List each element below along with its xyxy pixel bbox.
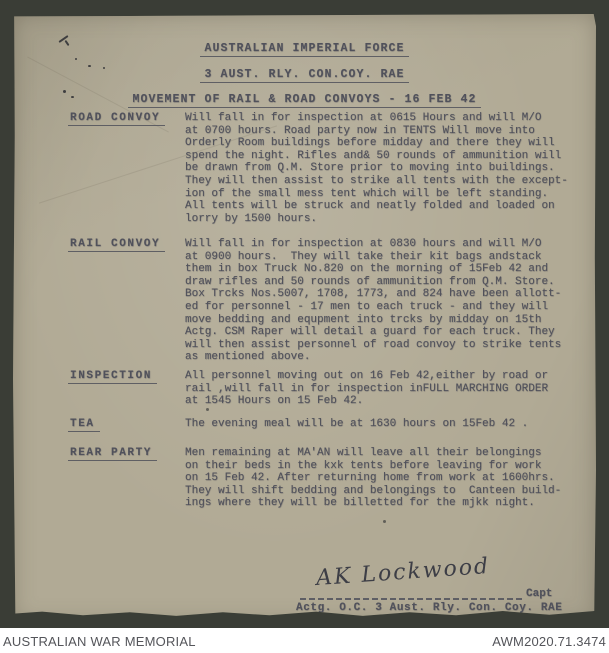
section-label: TEA (68, 418, 100, 432)
document-header: 3 AUST. RLY. CON.COY. RAE (13, 64, 596, 83)
signature-block: AK Lockwood Capt Actg. O.C. 3 Aust. Rly.… (298, 562, 578, 618)
signature-title: Actg. O.C. 3 Aust. Rly. Con. Coy. RAE (296, 602, 562, 614)
ink-mark (493, 615, 500, 622)
ink-speck (383, 520, 386, 523)
section-body: The evening meal will be at 1630 hours o… (185, 418, 577, 431)
footer-institution: AUSTRALIAN WAR MEMORIAL (3, 634, 196, 649)
section-label: RAIL CONVOY (68, 238, 165, 252)
section-label: ROAD CONVOY (68, 112, 165, 126)
section-body: Will fall in for inspection at 0615 Hour… (185, 112, 577, 225)
section-body: Will fall in for inspection at 0830 hour… (185, 238, 577, 364)
document-header: MOVEMENT OF RAIL & ROAD CONVOYS - 16 FEB… (13, 89, 596, 108)
section-body: All personnel moving out on 16 Feb 42,ei… (185, 370, 577, 408)
document-unit: 3 AUST. RLY. CON.COY. RAE (200, 68, 408, 83)
signature-rank: Capt (526, 588, 552, 600)
section-label: INSPECTION (68, 370, 157, 384)
signature-line (300, 598, 524, 600)
ink-speck (206, 408, 209, 411)
document-title: AUSTRALIAN IMPERIAL FORCE (200, 42, 408, 57)
signature-handwritten: AK Lockwood (315, 554, 491, 591)
document-header: AUSTRALIAN IMPERIAL FORCE (13, 38, 596, 57)
archive-footer-bar: AUSTRALIAN WAR MEMORIAL AWM2020.71.3474 (0, 628, 609, 653)
section-body: Men remaining at MA'AN will leave all th… (185, 447, 577, 510)
ink-mark (496, 614, 512, 619)
document-subject: MOVEMENT OF RAIL & ROAD CONVOYS - 16 FEB… (128, 93, 480, 108)
footer-accession: AWM2020.71.3474 (492, 634, 606, 649)
ink-speck (75, 58, 77, 60)
section-label: REAR PARTY (68, 447, 157, 461)
document-page: AUSTRALIAN IMPERIAL FORCE 3 AUST. RLY. C… (13, 14, 596, 622)
